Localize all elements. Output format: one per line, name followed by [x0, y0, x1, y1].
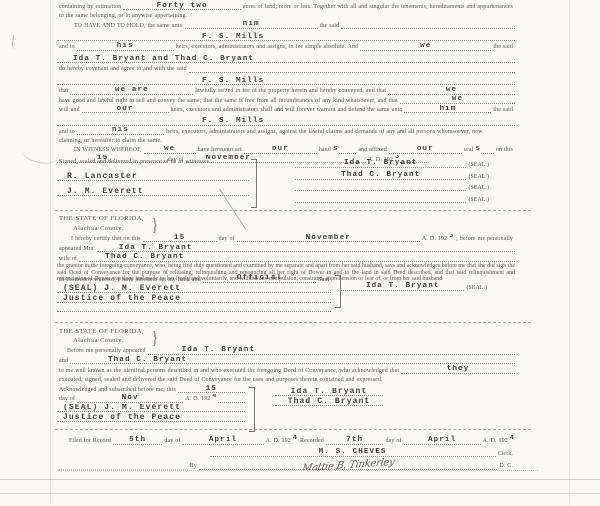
typed-entry: his: [112, 127, 129, 135]
blank-line: [218, 394, 245, 403]
printed-form-text: , before me personally: [454, 236, 515, 242]
printed-form-text: IN WITNESS WHEREOF,: [72, 147, 144, 153]
filed-for-record-line: Filed for Record5thday ofAprilA. D. 1924…: [57, 435, 515, 445]
page-left-margin-line: [50, 0, 51, 506]
certify-date-line: I hereby certify that on this15day ofNov…: [57, 234, 515, 243]
typed-entry: Forty two: [157, 3, 208, 11]
printed-form-text: In Testimony whereof, I have hereunto se…: [57, 277, 203, 283]
typed-entry: April: [428, 437, 456, 445]
scanned-deed-page: containing by estimationForty twoacres o…: [0, 0, 600, 506]
printed-form-text: and affixed: [356, 147, 388, 153]
typed-entry: his: [117, 43, 134, 51]
blank-line: [295, 181, 466, 192]
grantee-name-line: F. S. Mills: [57, 114, 515, 126]
typed-entry: our: [117, 106, 134, 114]
recording-section: Filed for Record5thday ofAprilA. D. 1924…: [57, 435, 515, 471]
printed-form-text: Before me personally appeared: [65, 348, 148, 354]
notary-acknowledgment-deed: THE STATE OF FLORIDA,Alachua County. } B…: [57, 327, 515, 423]
filled-blank: we: [388, 86, 515, 94]
printed-form-text: Alachua County.: [71, 338, 126, 345]
dower-signature-column: Ida T. Bryant(SEAL.): [331, 274, 515, 313]
printed-form-text: (SEAL.): [466, 174, 491, 180]
printed-form-text: the said: [491, 107, 515, 113]
typed-entry: we: [452, 96, 463, 104]
dower-paragraph: the grantor in the foregoing conveyance,…: [57, 263, 515, 272]
form-line: and tohisheirs, executors, administrator…: [57, 42, 515, 50]
section-divider: [55, 429, 531, 430]
typed-entry: F. S. Mills: [202, 34, 264, 42]
filled-blank: Justice of the Peace: [57, 413, 245, 422]
printed-form-text: the said: [318, 23, 342, 29]
wife-of-line: wife ofThad C. Bryant: [57, 253, 515, 262]
typed-entry: we: [446, 87, 457, 95]
blank-line: [339, 145, 357, 153]
typed-entry: R. Lancaster: [67, 173, 138, 181]
typed-entry: M. S. CHEVES: [319, 449, 387, 457]
typed-entry: him: [439, 106, 456, 114]
form-line: have good and lawful right to sell and c…: [57, 96, 515, 104]
printed-form-text: seal: [462, 147, 476, 153]
filled-blank: our: [82, 105, 169, 113]
filled-blank: 7th: [326, 435, 384, 445]
printed-form-text: wife of: [57, 256, 79, 262]
printed-form-text: Seal: [316, 277, 331, 283]
typed-entry: Ida T. Bryant: [291, 388, 368, 396]
printed-form-text: have hereunto set: [196, 147, 244, 153]
filled-blank: Ida T. Bryant: [275, 388, 383, 397]
typed-entry: J. M. Everett: [67, 188, 144, 196]
typed-entry: November: [306, 235, 351, 243]
notary-signature: (SEAL) J. M. Everett: [57, 284, 331, 293]
printed-form-text: (SEAL.): [466, 162, 491, 168]
filled-blank: 15: [143, 234, 217, 243]
printed-form-text: will and: [57, 107, 82, 113]
printed-form-text: day of: [217, 236, 237, 242]
typed-entry: Ida T. Bryant: [344, 160, 418, 168]
printed-form-text: Clerk.: [496, 451, 515, 457]
typed-entry: Ida T. Bryant: [182, 347, 256, 355]
printed-form-text: to the same belonging, or in anywise app…: [57, 13, 189, 19]
filled-blank: our: [389, 145, 462, 153]
typed-entry: we: [164, 146, 175, 154]
filled-blank: 15: [178, 385, 245, 394]
filled-blank: Justice of the Peace: [57, 294, 331, 303]
printed-form-text: A. D. 192: [183, 396, 212, 402]
form-line: and tohisheirs, executors, administrator…: [57, 127, 515, 135]
filled-blank: Ida T. Bryant: [148, 346, 515, 355]
dower-seal-line: Ida T. Bryant(SEAL.): [341, 282, 489, 291]
witness-attestation: Signed, sealed and delivered in presence…: [57, 157, 249, 165]
form-line: will andourheirs, executors and administ…: [57, 105, 515, 113]
appeared-line: andThad C. Bryant: [57, 356, 515, 365]
printed-form-text: THE STATE OF FLORIDA,: [57, 216, 146, 223]
typed-entry: Justice of the Peace: [63, 295, 181, 303]
typed-entry: Ida T. Bryant and Thad C. Bryant: [73, 56, 254, 64]
venue-heading: THE STATE OF FLORIDA,Alachua County. }: [57, 214, 515, 233]
printed-form-text: on this: [494, 147, 515, 153]
filled-blank: they: [401, 365, 515, 374]
notary-column: Acknowledged and subscribed before me, t…: [57, 385, 245, 423]
blank-seal-line: (SEAL.): [295, 192, 491, 203]
filled-blank: November: [237, 234, 420, 243]
printed-form-text: (SEAL.): [466, 185, 491, 191]
blank-line: [341, 21, 515, 29]
typed-entry: Thad C. Bryant: [108, 357, 187, 365]
acknowledger-signature: Thad C. Bryant: [275, 397, 383, 406]
printed-form-text: to me well known as the identical person…: [57, 368, 401, 374]
typed-entry: F. S. Mills: [202, 78, 264, 86]
printed-form-text: day of: [383, 438, 403, 444]
filled-blank: Official: [203, 274, 317, 283]
typed-entry: Thad C. Bryant: [341, 172, 420, 180]
filled-blank: his: [77, 127, 165, 135]
grantors-name-line: Ida T. Bryant and Thad C. Bryant: [57, 52, 515, 64]
filled-blank: Thad C. Bryant: [79, 253, 515, 262]
printed-form-text: heirs, executors, administrators and ass…: [164, 129, 485, 135]
typed-entry: Justice of the Peace: [63, 414, 181, 422]
form-line: claiming, or hereafter to claim the same…: [57, 136, 515, 144]
printed-form-text: acres of land, more or less. Together wi…: [241, 4, 515, 10]
printed-form-text: Signed, sealed and delivered in presence…: [57, 159, 213, 165]
filled-blank: Ida T. Bryant and Thad C. Bryant: [57, 52, 515, 64]
spacer: [164, 136, 515, 144]
printed-form-text: and to: [57, 129, 77, 135]
appeared-line: appeared Mrs.Ida T. Bryant: [57, 243, 515, 252]
notary-column: In Testimony whereof, I have hereunto se…: [57, 274, 331, 313]
certification-lines: I hereby certify that on this15day ofNov…: [57, 234, 515, 273]
form-line: do hereby covenant and agree to and with…: [57, 64, 515, 72]
printed-form-text: A. D. 192: [420, 236, 449, 242]
typed-entry: 7th: [346, 437, 363, 445]
filled-blank: J. M. Everett: [57, 182, 249, 197]
acknowledgment-lines: Before me personally appearedIda T. Brya…: [57, 346, 515, 383]
filled-blank: we: [360, 42, 491, 50]
signature-line: Mattie B. Tinkerley: [199, 458, 498, 470]
filled-blank: Thad C. Bryant: [275, 397, 383, 406]
filled-blank: him: [404, 105, 491, 113]
grantee-name-line: F. S. Mills: [57, 30, 515, 42]
filled-blank: we are: [70, 86, 193, 94]
filled-blank: April: [182, 435, 263, 445]
filled-blank: F. S. Mills: [57, 74, 515, 86]
printed-form-text: D. C.: [497, 463, 515, 469]
filled-blank: R. Lancaster: [57, 166, 249, 181]
form-line: [57, 304, 331, 313]
typed-entry: we: [420, 43, 431, 51]
blank-seal-line: (SEAL.): [295, 181, 491, 192]
printed-form-text: A. D. 192: [264, 438, 293, 444]
filled-blank: April: [404, 435, 481, 445]
typed-entry: our: [272, 146, 289, 154]
grantee-name-line: F. S. Mills: [57, 74, 515, 86]
form-line: Alachua County.: [57, 224, 515, 233]
printed-form-text: heirs, executors and administrators shal…: [169, 107, 405, 113]
filled-blank: we: [400, 96, 515, 104]
printed-form-text: THE STATE OF FLORIDA,: [57, 329, 146, 336]
filled-blank: our: [244, 145, 317, 153]
witness-column: Signed, sealed and delivered in presence…: [57, 157, 249, 204]
testimony-block: In Testimony whereof, I have hereunto se…: [57, 274, 515, 313]
form-line: thatwe arelawfully seized in fee of the …: [57, 86, 515, 94]
filled-blank: him: [185, 21, 318, 29]
filled-blank: Ida T. Bryant: [97, 243, 515, 252]
acreage-line: containing by estimationForty twoacres o…: [57, 2, 515, 10]
typed-entry: our: [417, 146, 434, 154]
printed-form-text: Filed for Record: [67, 438, 113, 444]
form-line: Alachua County.: [57, 337, 515, 346]
typed-entry: (SEAL) J. M. Everett: [63, 404, 181, 412]
printed-form-text: By: [188, 463, 199, 469]
printed-form-text: and: [57, 358, 70, 364]
blank-line: [189, 64, 515, 72]
notary-signature: (SEAL) J. M. Everett: [57, 404, 245, 413]
section-divider: [55, 210, 531, 211]
printed-form-text: containing by estimation: [57, 4, 123, 10]
printed-form-text: day of: [162, 438, 182, 444]
seal-column: Ida T. Bryant(SEAL.)Thad C. Bryant(SEAL.…: [295, 157, 515, 204]
clerk-line: M. S. CHEVESClerk.: [57, 446, 515, 458]
page-right-margin-line: [569, 0, 570, 506]
notary-title: Justice of the Peace: [57, 294, 331, 303]
acknowledger-signature: Ida T. Bryant: [275, 388, 383, 397]
grantor-seal-line: Thad C. Bryant(SEAL.): [295, 169, 491, 180]
printed-form-text: that: [57, 88, 70, 94]
printed-form-text: appeared Mrs.: [57, 246, 97, 252]
printed-form-text: have good and lawful right to sell and c…: [57, 98, 400, 104]
printed-form-text: hand: [317, 147, 333, 153]
bottom-rule: [0, 479, 600, 480]
filled-blank: we: [144, 145, 196, 153]
printed-form-text: (SEAL.): [466, 197, 491, 203]
filled-blank: Forty two: [123, 2, 241, 10]
typed-entry: Ida T. Bryant: [119, 245, 193, 253]
typed-entry: 3: [449, 234, 454, 240]
printed-form-text: and to: [57, 44, 77, 50]
filled-blank: F. S. Mills: [57, 114, 515, 126]
printed-form-text: Recorded: [298, 438, 326, 444]
typed-entry: Nov: [122, 395, 139, 403]
typed-entry: 4: [510, 435, 515, 442]
printed-form-text: heirs, executors, administrators and ass…: [174, 44, 360, 50]
typed-entry: 5th: [129, 437, 146, 445]
printed-form-text: executed, signed, sealed and delivered t…: [57, 377, 385, 383]
appeared-line: Before me personally appearedIda T. Brya…: [57, 346, 515, 355]
typed-entry: they: [447, 366, 470, 374]
acknowledger-signature-column: Ida T. BryantThad C. Bryant: [275, 385, 515, 423]
pencil-mark: [21, 142, 60, 166]
witness-whereof-line: IN WITNESS WHEREOF,wehave hereunto setou…: [57, 145, 515, 153]
printed-form-text: I hereby certify that on this: [69, 236, 143, 242]
typed-entry: Ida T. Bryant: [366, 283, 440, 291]
deed-body-section: containing by estimationForty twoacres o…: [57, 2, 515, 164]
form-line: THE STATE OF FLORIDA,: [57, 327, 515, 336]
pencil-mark: [11, 35, 22, 50]
filled-blank: M. S. CHEVES: [210, 446, 496, 458]
blank-line: [295, 192, 466, 203]
witness-bracket: [251, 159, 257, 208]
spacer: [189, 11, 515, 19]
typed-entry: 4: [293, 435, 298, 442]
form-line: executed, signed, sealed and delivered t…: [57, 375, 515, 384]
filled-blank: Ida T. Bryant: [341, 282, 464, 291]
form-line: TO HAVE AND TO HOLD, the same untohimthe…: [57, 21, 515, 29]
filled-blank: 5th: [113, 435, 163, 445]
notary-title: Justice of the Peace: [57, 413, 245, 422]
printed-form-text: the said: [491, 44, 515, 50]
testimony-line: In Testimony whereof, I have hereunto se…: [57, 274, 331, 283]
blank-line: [57, 458, 188, 470]
grantor-seal-line: Ida T. Bryant(SEAL.): [295, 157, 491, 168]
ack-date-line: day ofNovA. D. 1924: [57, 394, 245, 403]
typed-entry: Thad C. Bryant: [105, 254, 184, 262]
notary-acknowledgment-dower: THE STATE OF FLORIDA,Alachua County. } I…: [57, 214, 515, 313]
filled-blank: Thad C. Bryant: [295, 169, 466, 180]
acknowledgment-bracket: [249, 387, 255, 432]
filled-blank: his: [77, 42, 174, 50]
blank-line: [57, 304, 331, 313]
filled-blank: Nov: [77, 394, 183, 403]
printed-form-text: do hereby covenant and agree to and with…: [57, 66, 189, 72]
filled-blank: Thad C. Bryant: [70, 356, 515, 365]
form-line: to the same belonging, or in anywise app…: [57, 11, 515, 19]
filled-blank: (SEAL) J. M. Everett: [57, 284, 331, 293]
venue-heading: THE STATE OF FLORIDA,Alachua County. }: [57, 327, 515, 345]
printed-form-text: TO HAVE AND TO HOLD, the same unto: [72, 23, 185, 29]
testimony-bracket: [335, 275, 341, 308]
section-divider: [55, 322, 531, 323]
typed-entry: (SEAL) J. M. Everett: [63, 285, 181, 293]
printed-form-text: Alachua County.: [71, 226, 126, 233]
ack-date-line: Acknowledged and subscribed before me, t…: [57, 385, 245, 394]
typed-entry: F. S. Mills: [202, 118, 264, 126]
typed-entry: him: [243, 21, 260, 29]
printed-form-text: (SEAL.): [464, 285, 489, 291]
form-line: THE STATE OF FLORIDA,: [57, 214, 515, 223]
spacer: [57, 446, 210, 458]
printed-form-text: lawfully seized in fee of the property h…: [193, 88, 388, 94]
typed-entry: 15: [206, 386, 217, 394]
filled-blank: Ida T. Bryant: [295, 157, 466, 168]
typed-entry: Thad C. Bryant: [288, 398, 371, 406]
witness-signature: R. Lancaster: [57, 166, 249, 181]
deputy-clerk-line: ByMattie B. TinkerleyD. C.: [57, 458, 515, 470]
typed-entry: 15: [174, 235, 185, 243]
signature-witness-section: Signed, sealed and delivered in presence…: [57, 157, 515, 204]
printed-form-text: day of: [57, 396, 77, 402]
blank-line: [481, 145, 494, 153]
typed-entry: we are: [115, 87, 149, 95]
spacer: [385, 375, 515, 384]
printed-form-text: A. D. 192: [481, 438, 510, 444]
filled-blank: (SEAL) J. M. Everett: [57, 404, 245, 413]
acknowledged-line: to me well known as the identical person…: [57, 365, 515, 374]
acknowledgment-block: Acknowledged and subscribed before me, t…: [57, 385, 515, 423]
printed-form-text: Acknowledged and subscribed before me, t…: [57, 387, 178, 393]
filled-blank: F. S. Mills: [57, 30, 515, 42]
bottom-rule: [58, 470, 538, 471]
typed-entry: April: [209, 437, 237, 445]
printed-form-text: claiming, or hereafter to claim the same…: [57, 138, 164, 144]
handwritten-signature: Mattie B. Tinkerley: [301, 458, 395, 470]
witness-signature: J. M. Everett: [57, 182, 249, 197]
typed-entry: Official: [237, 275, 282, 283]
bottom-rule: [0, 493, 600, 494]
